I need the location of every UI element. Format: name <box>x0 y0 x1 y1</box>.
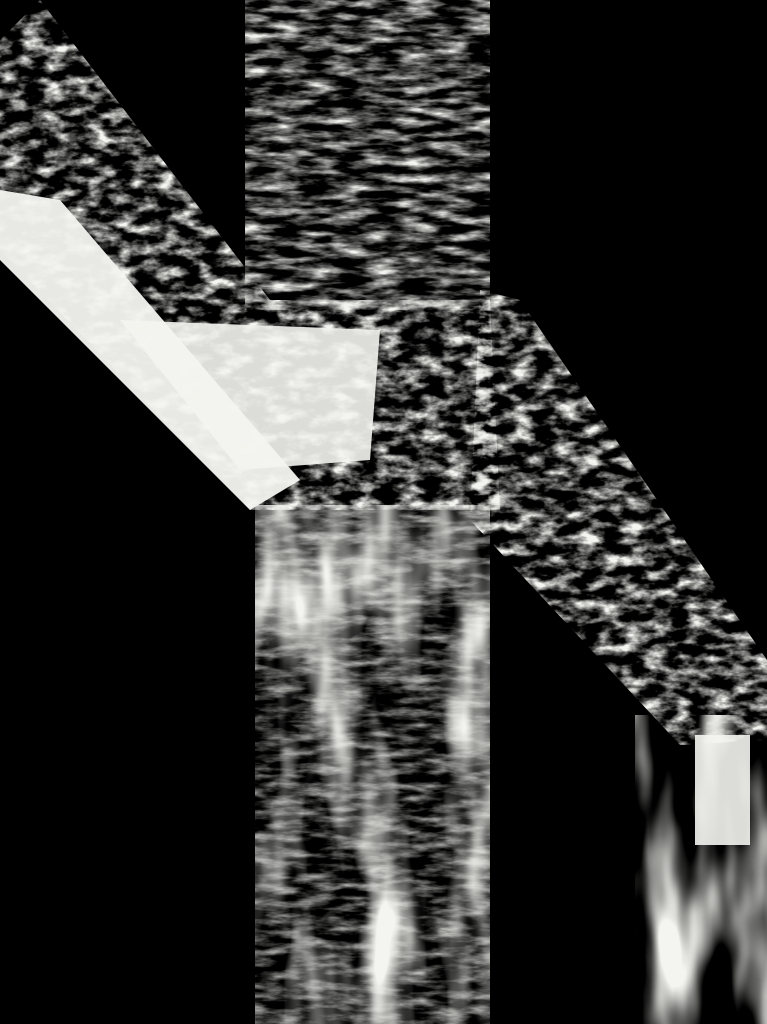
lower-pillar <box>255 505 490 1024</box>
abstract-painting <box>0 0 767 1024</box>
upper-pillar <box>245 0 490 310</box>
lower-right-pillar <box>635 715 767 1024</box>
